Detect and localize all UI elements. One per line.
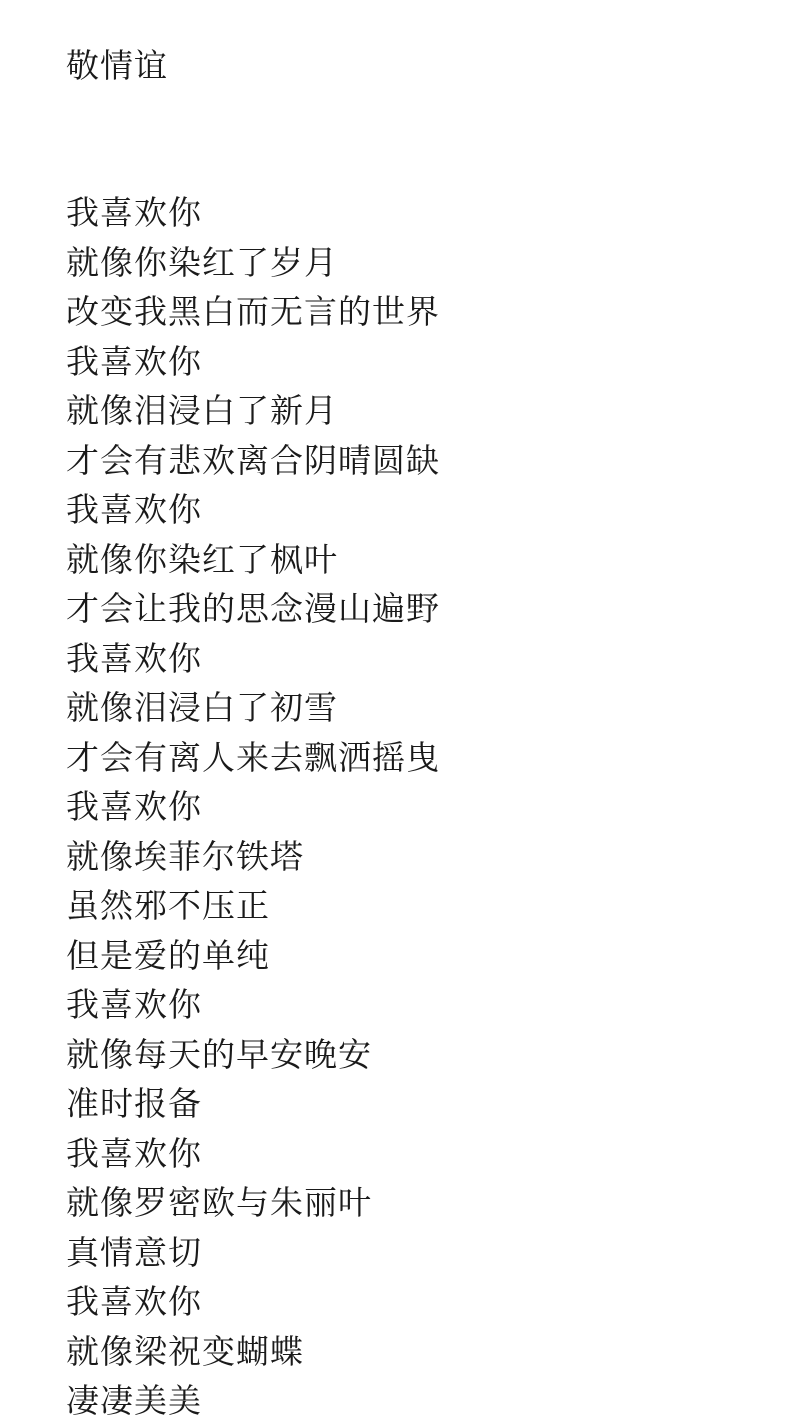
poem-line: 我喜欢你 bbox=[66, 192, 440, 242]
poem-line: 我喜欢你 bbox=[66, 786, 440, 836]
poem-line: 虽然邪不压正 bbox=[66, 885, 440, 935]
poem-line: 我喜欢你 bbox=[66, 638, 440, 688]
poem-line: 我喜欢你 bbox=[66, 341, 440, 391]
poem-line: 就像你染红了岁月 bbox=[66, 242, 440, 292]
poem-line: 我喜欢你 bbox=[66, 1281, 440, 1331]
poem-line: 才会让我的思念漫山遍野 bbox=[66, 588, 440, 638]
poem-line: 才会有悲欢离合阴晴圆缺 bbox=[66, 440, 440, 490]
poem-line: 就像罗密欧与朱丽叶 bbox=[66, 1182, 440, 1232]
poem-line: 我喜欢你 bbox=[66, 489, 440, 539]
poem-line: 就像泪浸白了新月 bbox=[66, 390, 440, 440]
poem-line: 真情意切 bbox=[66, 1232, 440, 1282]
poem-line: 就像你染红了枫叶 bbox=[66, 539, 440, 589]
poem-line: 凄凄美美 bbox=[66, 1380, 440, 1426]
poem-body: 我喜欢你 就像你染红了岁月 改变我黑白而无言的世界 我喜欢你 就像泪浸白了新月 … bbox=[66, 192, 440, 1426]
poem-line: 我喜欢你 bbox=[66, 1133, 440, 1183]
poem-line: 但是爱的单纯 bbox=[66, 935, 440, 985]
poem-line: 就像梁祝变蝴蝶 bbox=[66, 1331, 440, 1381]
poem-line: 我喜欢你 bbox=[66, 984, 440, 1034]
poem-line: 就像每天的早安晚安 bbox=[66, 1034, 440, 1084]
poem-line: 就像埃菲尔铁塔 bbox=[66, 836, 440, 886]
poem-line: 准时报备 bbox=[66, 1083, 440, 1133]
poem-line: 就像泪浸白了初雪 bbox=[66, 687, 440, 737]
poem-title: 敬情谊 bbox=[66, 45, 168, 87]
poem-line: 改变我黑白而无言的世界 bbox=[66, 291, 440, 341]
poem-line: 才会有离人来去飘洒摇曳 bbox=[66, 737, 440, 787]
